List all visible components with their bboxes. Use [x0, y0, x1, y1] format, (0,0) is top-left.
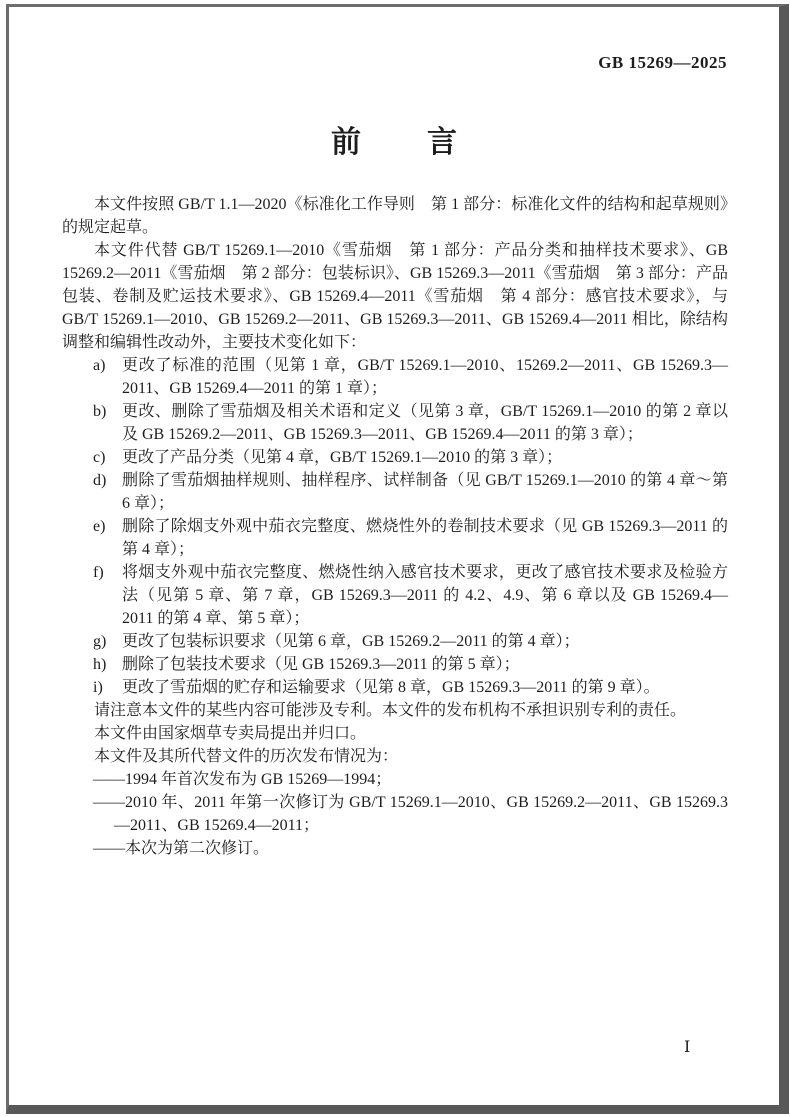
change-text: 删除了除烟支外观中茄衣完整度、燃烧性外的卷制技术要求（见 GB 15269.3—… — [122, 518, 728, 558]
change-text: 更改了雪茄烟的贮存和运输要求（见第 8 章，GB 15269.3—2011 的第… — [122, 679, 660, 696]
change-label: h) — [93, 653, 106, 676]
change-label: c) — [93, 446, 105, 469]
change-item: h) 删除了包装技术要求（见 GB 15269.3—2011 的第 5 章）； — [62, 653, 728, 676]
history-item: ——2010 年、2011 年第一次修订为 GB/T 15269.1—2010、… — [62, 791, 728, 837]
change-label: e) — [93, 515, 105, 538]
change-label: a) — [93, 354, 105, 377]
change-label: i) — [93, 676, 103, 699]
change-label: b) — [93, 400, 106, 423]
history-item: ——1994 年首次发布为 GB 15269—1994； — [62, 768, 728, 791]
change-text: 更改了产品分类（见第 4 章，GB/T 15269.1—2010 的第 3 章）… — [122, 449, 562, 466]
page-number: Ⅰ — [684, 1037, 690, 1057]
change-item: g) 更改了包装标识要求（见第 6 章，GB 15269.2—2011 的第 4… — [62, 630, 728, 653]
change-label: g) — [93, 630, 106, 653]
history-item: ——本次为第二次修订。 — [62, 837, 728, 860]
change-text: 将烟支外观中茄衣完整度、燃烧性纳入感官技术要求，更改了感官技术要求及检验方法（见… — [122, 564, 728, 627]
change-text: 删除了包装技术要求（见 GB 15269.3—2011 的第 5 章）； — [122, 656, 520, 673]
changes-list: a) 更改了标准的范围（见第 1 章，GB/T 15269.1—2010、152… — [62, 354, 728, 699]
history-list: ——1994 年首次发布为 GB 15269—1994； ——2010 年、20… — [62, 768, 728, 860]
change-label: f) — [93, 561, 104, 584]
change-item: i) 更改了雪茄烟的贮存和运输要求（见第 8 章，GB 15269.3—2011… — [62, 676, 728, 699]
change-item: c) 更改了产品分类（见第 4 章，GB/T 15269.1—2010 的第 3… — [62, 446, 728, 469]
foreword-page: { "page": { "standard_code": "GB 15269—2… — [0, 0, 790, 1117]
page-title: 前 言 — [0, 117, 790, 161]
intro-paragraph-drafting: 本文件按照 GB/T 1.1—2020《标准化工作导则 第 1 部分：标准化文件… — [62, 193, 728, 239]
history-intro: 本文件及其所代替文件的历次发布情况为： — [62, 745, 728, 768]
change-text: 更改、删除了雪茄烟及相关术语和定义（见第 3 章，GB/T 15269.1—20… — [122, 403, 728, 443]
change-item: a) 更改了标准的范围（见第 1 章，GB/T 15269.1—2010、152… — [62, 354, 728, 400]
change-text: 删除了雪茄烟抽样规则、抽样程序、试样制备（见 GB/T 15269.1—2010… — [122, 472, 728, 512]
issuer-note: 本文件由国家烟草专卖局提出并归口。 — [62, 722, 728, 745]
foreword-body: 本文件按照 GB/T 1.1—2020《标准化工作导则 第 1 部分：标准化文件… — [62, 193, 728, 860]
intro-paragraph-replacement: 本文件代替 GB/T 15269.1—2010《雪茄烟 第 1 部分：产品分类和… — [62, 239, 728, 354]
change-item: b) 更改、删除了雪茄烟及相关术语和定义（见第 3 章，GB/T 15269.1… — [62, 400, 728, 446]
change-text: 更改了标准的范围（见第 1 章，GB/T 15269.1—2010、15269.… — [122, 357, 728, 397]
patent-note: 请注意本文件的某些内容可能涉及专利。本文件的发布机构不承担识别专利的责任。 — [62, 699, 728, 722]
change-item: d) 删除了雪茄烟抽样规则、抽样程序、试样制备（见 GB/T 15269.1—2… — [62, 469, 728, 515]
change-item: f) 将烟支外观中茄衣完整度、燃烧性纳入感官技术要求，更改了感官技术要求及检验方… — [62, 561, 728, 630]
change-label: d) — [93, 469, 106, 492]
standard-code: GB 15269—2025 — [598, 53, 727, 73]
change-text: 更改了包装标识要求（见第 6 章，GB 15269.2—2011 的第 4 章）… — [122, 633, 580, 650]
change-item: e) 删除了除烟支外观中茄衣完整度、燃烧性外的卷制技术要求（见 GB 15269… — [62, 515, 728, 561]
